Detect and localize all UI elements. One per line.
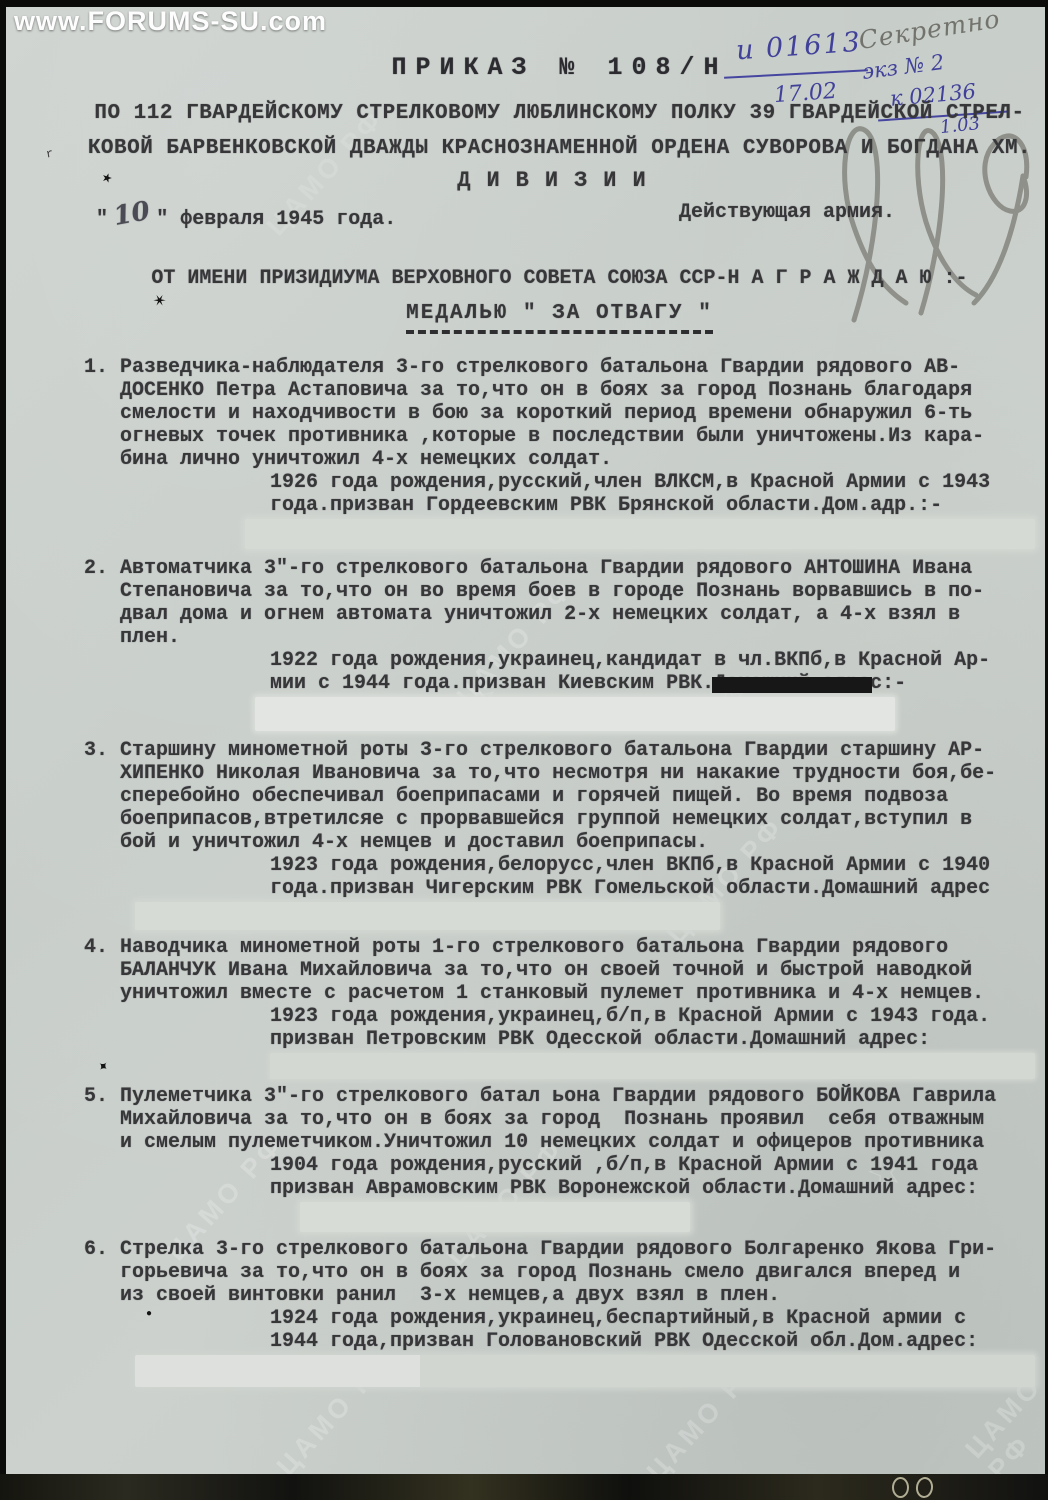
redaction-box bbox=[135, 902, 720, 930]
item-citation: Старшину минометной роты 3-го стрелковог… bbox=[120, 739, 1035, 854]
regiment-header-line2: КОВОЙ БАРВЕНКОВСКОЙ ДВАЖДЫ КРАСНОЗНАМЕНН… bbox=[84, 131, 1035, 166]
bottom-scribble-mark bbox=[915, 1476, 935, 1499]
award-item: 3. Старшину минометной роты 3-го стрелко… bbox=[84, 739, 1035, 936]
item-number: 5. bbox=[84, 1085, 120, 1238]
item-bio: 1904 года рождения,русский ,б/п,в Красно… bbox=[270, 1154, 1035, 1200]
order-date-text: " февраля 1945 года. bbox=[156, 208, 396, 231]
item-bio-wrap: 1923 года рождения,украинец,б/п,в Красно… bbox=[120, 1005, 1035, 1051]
order-title: ПРИКАЗ № 108/Н bbox=[84, 53, 1035, 82]
item-number: 2. bbox=[84, 557, 120, 739]
redaction-box bbox=[135, 1355, 1035, 1387]
bottom-scribble-mark bbox=[892, 1477, 909, 1498]
award-item: 5. Пулеметчика 3"-го стрелкового батал ь… bbox=[84, 1085, 1035, 1238]
item-number: 1. bbox=[84, 356, 120, 557]
item-number: 6. bbox=[84, 1238, 120, 1393]
item-bio-wrap: 1922 года рождения,украинец,кандидат в ч… bbox=[120, 649, 1035, 695]
handwritten-secret-stamp: Секретно bbox=[857, 7, 1003, 55]
item-citation: Автоматчика 3"-го стрелкового батальона … bbox=[120, 557, 1035, 649]
document-paper: ЦАМО РФ ЦАМО РФ ЦАМО РФ ЦАМО РФ ЦАМО РФ … bbox=[6, 7, 1045, 1476]
award-preamble: ОТ ИМЕНИ ПРИЗИДИУМА ВЕРХОВНОГО СОВЕТА СО… bbox=[84, 267, 1035, 290]
award-item: 1. Разведчика-наблюдателя 3-го стрелково… bbox=[84, 356, 1035, 557]
handwritten-day: 10 bbox=[111, 196, 152, 232]
award-list: 1. Разведчика-наблюдателя 3-го стрелково… bbox=[84, 356, 1035, 1393]
item-bio: 1924 года рождения,украинец,беспартийный… bbox=[270, 1307, 1035, 1353]
award-item: 6. Стрелка 3-го стрелкового батальона Гв… bbox=[84, 1238, 1035, 1393]
medal-title: МЕДАЛЬЮ " ЗА ОТВАГУ " bbox=[406, 302, 713, 334]
scanned-order-page: { "site_watermark": "www.FORUMS-SU.com",… bbox=[0, 0, 1048, 1500]
scan-bottom-edge bbox=[0, 1474, 1048, 1500]
item-number: 3. bbox=[84, 739, 120, 936]
medal-row: МЕДАЛЬЮ " ЗА ОТВАГУ " bbox=[84, 302, 1035, 334]
item-citation: Стрелка 3-го стрелкового батальона Гвард… bbox=[120, 1238, 1035, 1307]
redaction-box bbox=[245, 519, 1035, 549]
item-bio-wrap: 1926 года рождения,русский,член ВЛКСМ,в … bbox=[120, 471, 1035, 517]
item-bio-wrap: 1924 года рождения,украинец,беспартийный… bbox=[120, 1307, 1035, 1353]
item-number: 4. bbox=[84, 936, 120, 1085]
item-bio-wrap: 1923 года рождения,белорусс,член ВКПб,в … bbox=[120, 854, 1035, 900]
redaction-box bbox=[270, 1053, 1035, 1079]
item-bio: 1923 года рождения,белорусс,член ВКПб,в … bbox=[270, 854, 1035, 900]
item-citation: Разведчика-наблюдателя 3-го стрелкового … bbox=[120, 356, 1035, 471]
forum-site-watermark: www.FORUMS-SU.com bbox=[14, 6, 327, 37]
item-bio: 1922 года рождения,украинец,кандидат в ч… bbox=[270, 649, 1035, 695]
army-label: Действующая армия. bbox=[679, 201, 895, 231]
item-citation: Наводчика минометной роты 1-го стрелково… bbox=[120, 936, 1035, 1005]
division-label: ДИВИЗИИ bbox=[84, 168, 1035, 193]
regiment-header: ПО 112 ГВАРДЕЙСКОМУ СТРЕЛКОВОМУ ЛЮБЛИНСК… bbox=[84, 96, 1035, 166]
redaction-box bbox=[255, 697, 895, 731]
open-quote: " bbox=[96, 208, 108, 231]
date-row: "10" февраля 1945 года. Действующая арми… bbox=[84, 201, 1035, 231]
document-content: ПРИКАЗ № 108/Н ПО 112 ГВАРДЕЙСКОМУ СТРЕЛ… bbox=[6, 53, 1045, 1393]
redaction-box bbox=[300, 1202, 690, 1232]
item-citation: Пулеметчика 3"-го стрелкового батал ьона… bbox=[120, 1085, 1035, 1154]
redaction-black-bar bbox=[712, 677, 872, 693]
item-bio: 1926 года рождения,русский,член ВЛКСМ,в … bbox=[270, 471, 1035, 517]
regiment-header-line1: ПО 112 ГВАРДЕЙСКОМУ СТРЕЛКОВОМУ ЛЮБЛИНСК… bbox=[84, 96, 1035, 131]
award-item: 2. Автоматчика 3"-го стрелкового батальо… bbox=[84, 557, 1035, 739]
order-date: "10" февраля 1945 года. bbox=[96, 201, 396, 231]
award-item: 4. Наводчика минометной роты 1-го стрелк… bbox=[84, 936, 1035, 1085]
item-bio: 1923 года рождения,украинец,б/п,в Красно… bbox=[270, 1005, 1035, 1051]
item-bio-wrap: 1904 года рождения,русский ,б/п,в Красно… bbox=[120, 1154, 1035, 1200]
